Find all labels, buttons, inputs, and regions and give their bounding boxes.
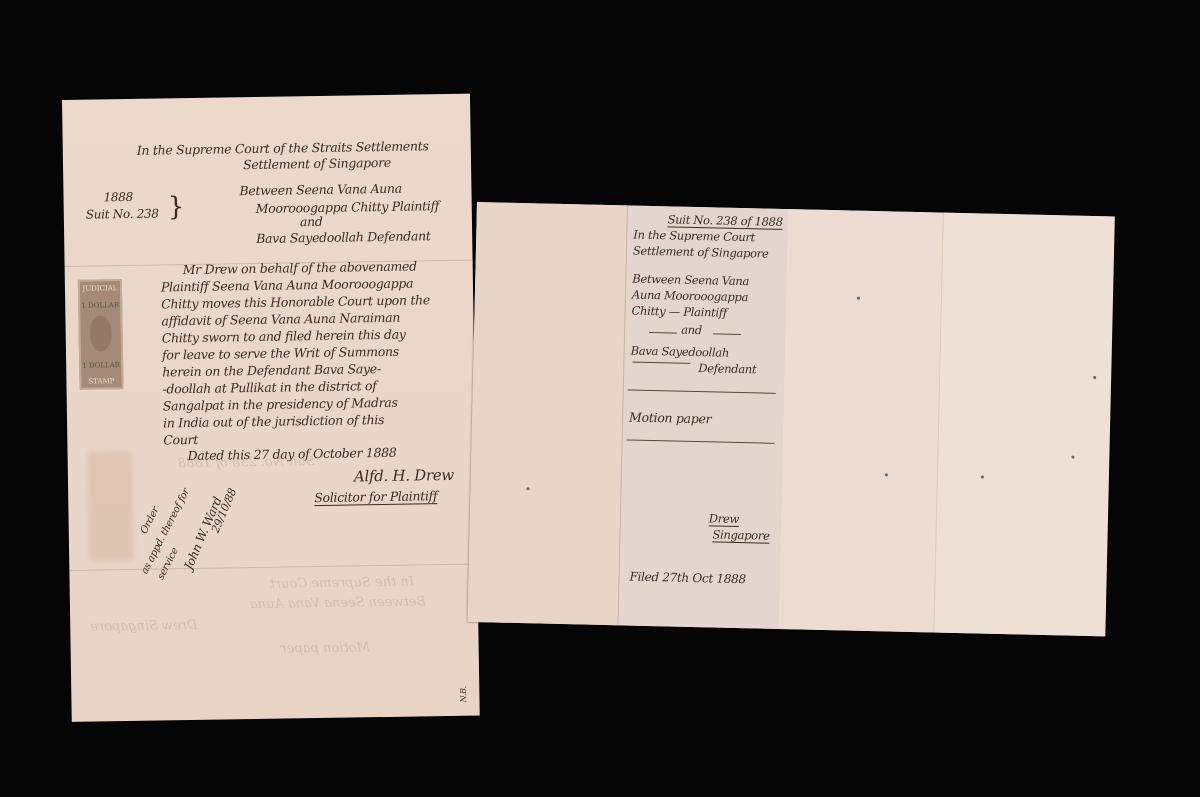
foxing-spot	[1071, 456, 1074, 459]
stamp-value-bottom: 1 DOLLAR	[81, 361, 121, 370]
foxing-spot	[981, 476, 984, 479]
suit-number: Suit No. 238	[86, 206, 159, 221]
divider	[713, 333, 741, 335]
body-line-9: Sangalpat in the presidency of Madras	[163, 395, 398, 414]
endorsement-between-2: Auna Moorooogappa	[632, 288, 749, 305]
body-line-2: Plaintiff Seena Vana Auna Moorooogappa	[161, 276, 413, 295]
endorsement-title: Motion paper	[629, 410, 711, 427]
divider	[632, 362, 690, 364]
bleed-through-text: Between Seena Vana Auna	[250, 594, 426, 612]
suit-year: 1888	[103, 190, 133, 204]
endorsement-solicitor-1: Drew	[709, 511, 740, 527]
fold-line	[69, 564, 477, 571]
bleed-through-text: Suit No. 238 of 1888	[178, 454, 315, 471]
parties-and: and	[300, 214, 323, 229]
endorsement-filed: Filed 27th Oct 1888	[629, 570, 746, 587]
foxing-spot	[885, 473, 888, 476]
endorsement-panel: Suit No. 238 of 1888 In the Supreme Cour…	[617, 205, 788, 629]
divider	[628, 389, 776, 393]
endorsement-and: and	[681, 323, 702, 337]
endorsement-court-2: Settlement of Singapore	[633, 244, 769, 261]
body-line-6: for leave to serve the Writ of Summons	[162, 344, 399, 363]
solicitor-signature: Alfd. H. Drew	[354, 466, 454, 486]
fold-panel	[933, 213, 1114, 637]
endorsement-between-3: Chitty — Plaintiff	[631, 304, 726, 320]
body-line-10: in India out of the jurisdiction of this	[163, 412, 384, 430]
stamp-value-top: 1 DOLLAR	[80, 301, 120, 310]
divider	[627, 439, 775, 443]
stamp-top-label: JUDICIAL	[80, 284, 120, 293]
endorsement-between-1: Between Seena Vana	[632, 272, 749, 289]
foxing-spot	[526, 487, 529, 490]
bleed-through-text: In the Supreme Court	[270, 575, 415, 592]
corner-mark: N.B.	[459, 686, 468, 702]
brace-icon: }	[167, 192, 184, 222]
bleed-through-text: Drew Singapore	[90, 618, 197, 635]
stamp-stain	[88, 451, 134, 562]
body-line-4: affidavit of Seena Vana Auna Naraiman	[161, 310, 400, 329]
body-line-1: Mr Drew on behalf of the abovenamed	[183, 258, 417, 277]
queen-portrait-icon	[89, 315, 112, 351]
divider	[649, 332, 677, 334]
parties-defendant: Bava Sayedoollah Defendant	[256, 228, 431, 246]
body-line-11: Court	[163, 432, 198, 448]
body-line-8: -doollah at Pullikat in the district of	[162, 378, 376, 396]
bleed-through-text: Motion paper	[281, 640, 370, 656]
foxing-spot	[1093, 376, 1096, 379]
parties-between: Between Seena Vana Auna	[239, 181, 402, 199]
parties-plaintiff: Moorooogappa Chitty Plaintiff	[256, 198, 440, 216]
solicitor-title: Solicitor for Plaintiff	[314, 488, 437, 506]
endorsement-court-1: In the Supreme Court	[633, 228, 755, 245]
endorsement-defendant-2: Defendant	[698, 361, 756, 376]
motion-paper-sheet: In the Supreme Court of the Straits Sett…	[62, 94, 480, 722]
endorsement-defendant-1: Bava Sayedoollah	[631, 344, 730, 360]
foxing-spot	[857, 297, 860, 300]
court-heading-2: Settlement of Singapore	[243, 155, 391, 172]
endorsement-suit: Suit No. 238 of 1888	[667, 212, 782, 230]
judicial-stamp: JUDICIAL 1 DOLLAR 1 DOLLAR STAMP	[78, 279, 124, 390]
stamp-bottom-label: STAMP	[81, 377, 121, 386]
body-line-3: Chitty moves this Honorable Court upon t…	[161, 292, 430, 311]
fold-panel	[778, 209, 942, 632]
fold-panel	[467, 202, 626, 625]
body-line-7: herein on the Defendant Bava Saye-	[162, 361, 381, 379]
folded-endorsement-sheet: Suit No. 238 of 1888 In the Supreme Cour…	[467, 202, 1113, 636]
endorsement-solicitor-2: Singapore	[712, 527, 769, 543]
body-line-5: Chitty sworn to and filed herein this da…	[162, 327, 406, 346]
